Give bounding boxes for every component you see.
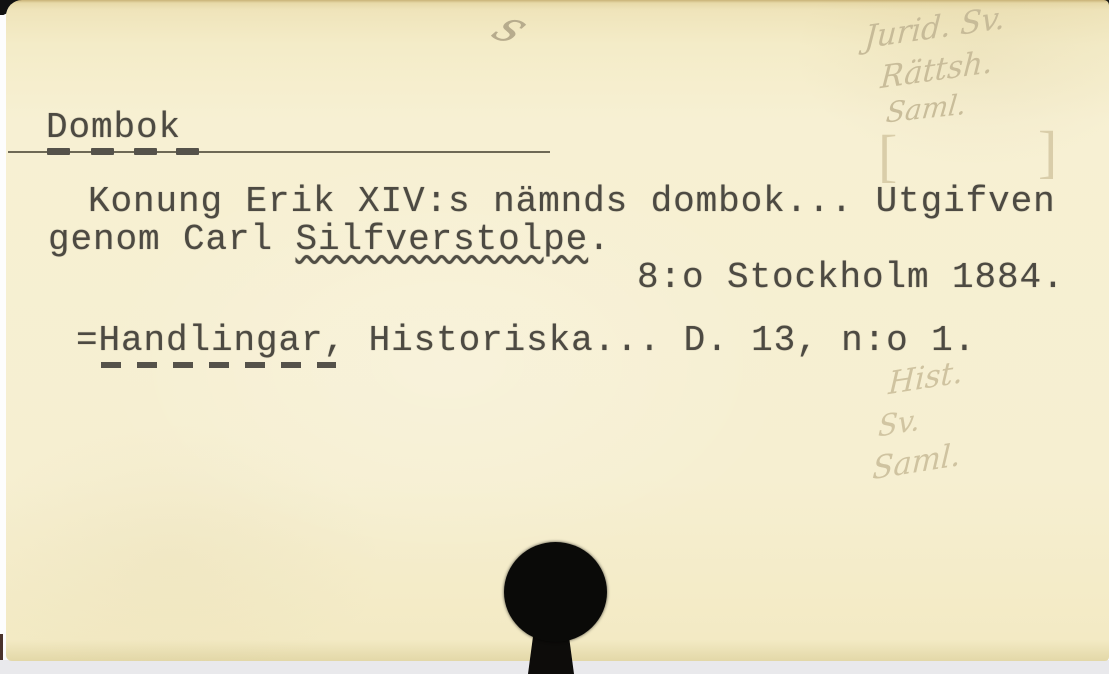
heading-underline-dash	[134, 148, 157, 155]
pencil-note-top-right-line2: Rättsh.	[879, 44, 994, 96]
pencil-note-mid-right-line2: Sv.	[877, 402, 920, 443]
scan-edge-artifact-left	[0, 634, 3, 660]
heading-rule-line	[8, 151, 550, 153]
title-line-2: genom Carl Silfverstolpe.	[48, 221, 611, 259]
title-line-1: Konung Erik XIV:s nämnds dombok... Utgif…	[88, 183, 1056, 221]
title-line-2-suffix: .	[588, 219, 611, 260]
series-line-suffix: Historiska... D. 13, n:o 1.	[346, 320, 976, 361]
series-line: =Handlingar, Historiska... D. 13, n:o 1.	[76, 322, 976, 360]
card-heading: Dombok	[46, 109, 181, 147]
heading-underline-dash	[47, 148, 70, 155]
hole-punch-circle	[504, 542, 607, 642]
pencil-bracket-close: ]	[1038, 118, 1057, 185]
author-name-wavy-underlined: Silfverstolpe	[296, 219, 589, 260]
series-title-dash-underlined: Handlingar,	[99, 320, 347, 361]
series-equals-sign: =	[76, 320, 99, 361]
heading-underline-dash	[176, 148, 199, 155]
pencil-mark-top-center: s	[482, 1, 542, 53]
heading-underline-dash	[91, 148, 114, 155]
index-card: Dombok Konung Erik XIV:s nämnds dombok..…	[6, 0, 1109, 661]
imprint-line: 8:o Stockholm 1884.	[637, 259, 1065, 297]
pencil-note-mid-right-line3: Saml.	[872, 437, 962, 488]
pencil-bracket-open: [	[878, 122, 897, 189]
pencil-note-mid-right-line1: Hist.	[887, 354, 963, 403]
catalog-card-scan: Dombok Konung Erik XIV:s nämnds dombok..…	[0, 0, 1109, 674]
title-line-2-prefix: genom Carl	[48, 219, 296, 260]
